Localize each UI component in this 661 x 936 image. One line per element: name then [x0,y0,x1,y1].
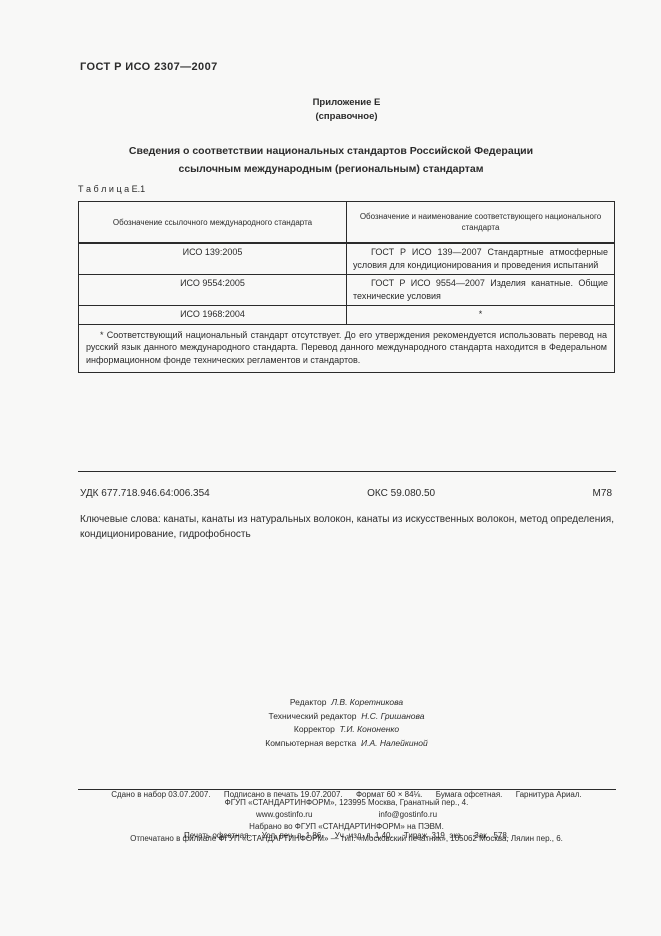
publisher-website: www.gostinfo.ru [256,810,312,819]
udk-code: УДК 677.718.946.64:006.354 [80,488,210,499]
cell-national-standard-asterisk: * [347,306,615,325]
publisher-email: info@gostinfo.ru [379,810,437,819]
annex-heading: Приложение Е (справочное) [78,96,615,124]
section-title-line1: Сведения о соответствии национальных ста… [40,143,622,161]
column-header-national-standard: Обозначение и наименование соответствующ… [347,202,615,244]
cell-national-standard: ГОСТ Р ИСО 139—2007 Стандартные атмосфер… [347,243,615,275]
editor-name: Л.В. Коретникова [331,697,403,707]
table-footnote: * Соответствующий национальный стандарт … [79,324,615,373]
table-header-row: Обозначение ссылочного международного ст… [79,202,615,244]
editor-role: Технический редактор [269,711,357,721]
annex-title: Приложение Е [78,96,615,110]
divider-above-publisher [78,789,616,790]
cell-national-standard: ГОСТ Р ИСО 9554—2007 Изделия канатные. О… [347,275,615,306]
annex-type: (справочное) [78,110,615,124]
editor-name: И.А. Налейкиной [361,738,428,748]
divider-above-classification [78,471,616,472]
editor-name: Т.И. Кононенко [340,724,400,734]
table-row: ИСО 139:2005 ГОСТ Р ИСО 139—2007 Стандар… [79,243,615,275]
editor-line: Редактор Л.В. Коретникова [78,696,615,710]
editor-role: Компьютерная верстка [265,738,356,748]
printer-note: Отпечатано в филиале ФГУП «СТАНДАРТИНФОР… [62,833,631,845]
table-row: ИСО 9554:2005 ГОСТ Р ИСО 9554—2007 Издел… [79,275,615,306]
typeset-note: Набрано во ФГУП «СТАНДАРТИНФОРМ» на ПЭВМ… [62,821,631,833]
column-header-reference-standard: Обозначение ссылочного международного ст… [79,202,347,244]
correspondence-table: Обозначение ссылочного международного ст… [78,201,615,373]
oks-code: ОКС 59.080.50 [367,488,435,499]
table-row: ИСО 1968:2004 * [79,306,615,325]
editor-role: Корректор [294,724,335,734]
editor-name: Н.С. Гришанова [361,711,424,721]
cell-reference-standard: ИСО 9554:2005 [79,275,347,306]
table-caption: Т а б л и ц а Е.1 [78,184,145,194]
publisher-address: ФГУП «СТАНДАРТИНФОРМ», 123995 Москва, Гр… [62,797,631,809]
cell-reference-standard: ИСО 139:2005 [79,243,347,275]
publisher-block: ФГУП «СТАНДАРТИНФОРМ», 123995 Москва, Гр… [62,797,631,845]
group-code: М78 [593,488,612,499]
editor-line: Технический редактор Н.С. Гришанова [78,710,615,724]
editor-role: Редактор [290,697,327,707]
editor-line: Корректор Т.И. Кононенко [78,723,615,737]
standard-number: ГОСТ Р ИСО 2307—2007 [80,61,218,73]
keywords-paragraph: Ключевые слова: канаты, канаты из натура… [80,513,614,542]
editor-line: Компьютерная верстка И.А. Налейкиной [78,737,615,751]
section-title-line2: ссылочным международным (региональным) с… [40,161,622,179]
table-footnote-row: * Соответствующий национальный стандарт … [79,324,615,373]
colophon-editors: Редактор Л.В. Коретникова Технический ре… [78,696,615,750]
document-page: ГОСТ Р ИСО 2307—2007 Приложение Е (справ… [0,0,661,936]
section-title: Сведения о соответствии национальных ста… [40,143,622,178]
classification-line: УДК 677.718.946.64:006.354 ОКС 59.080.50… [80,488,612,499]
cell-reference-standard: ИСО 1968:2004 [79,306,347,325]
publisher-contacts: www.gostinfo.ru info@gostinfo.ru [62,809,631,821]
